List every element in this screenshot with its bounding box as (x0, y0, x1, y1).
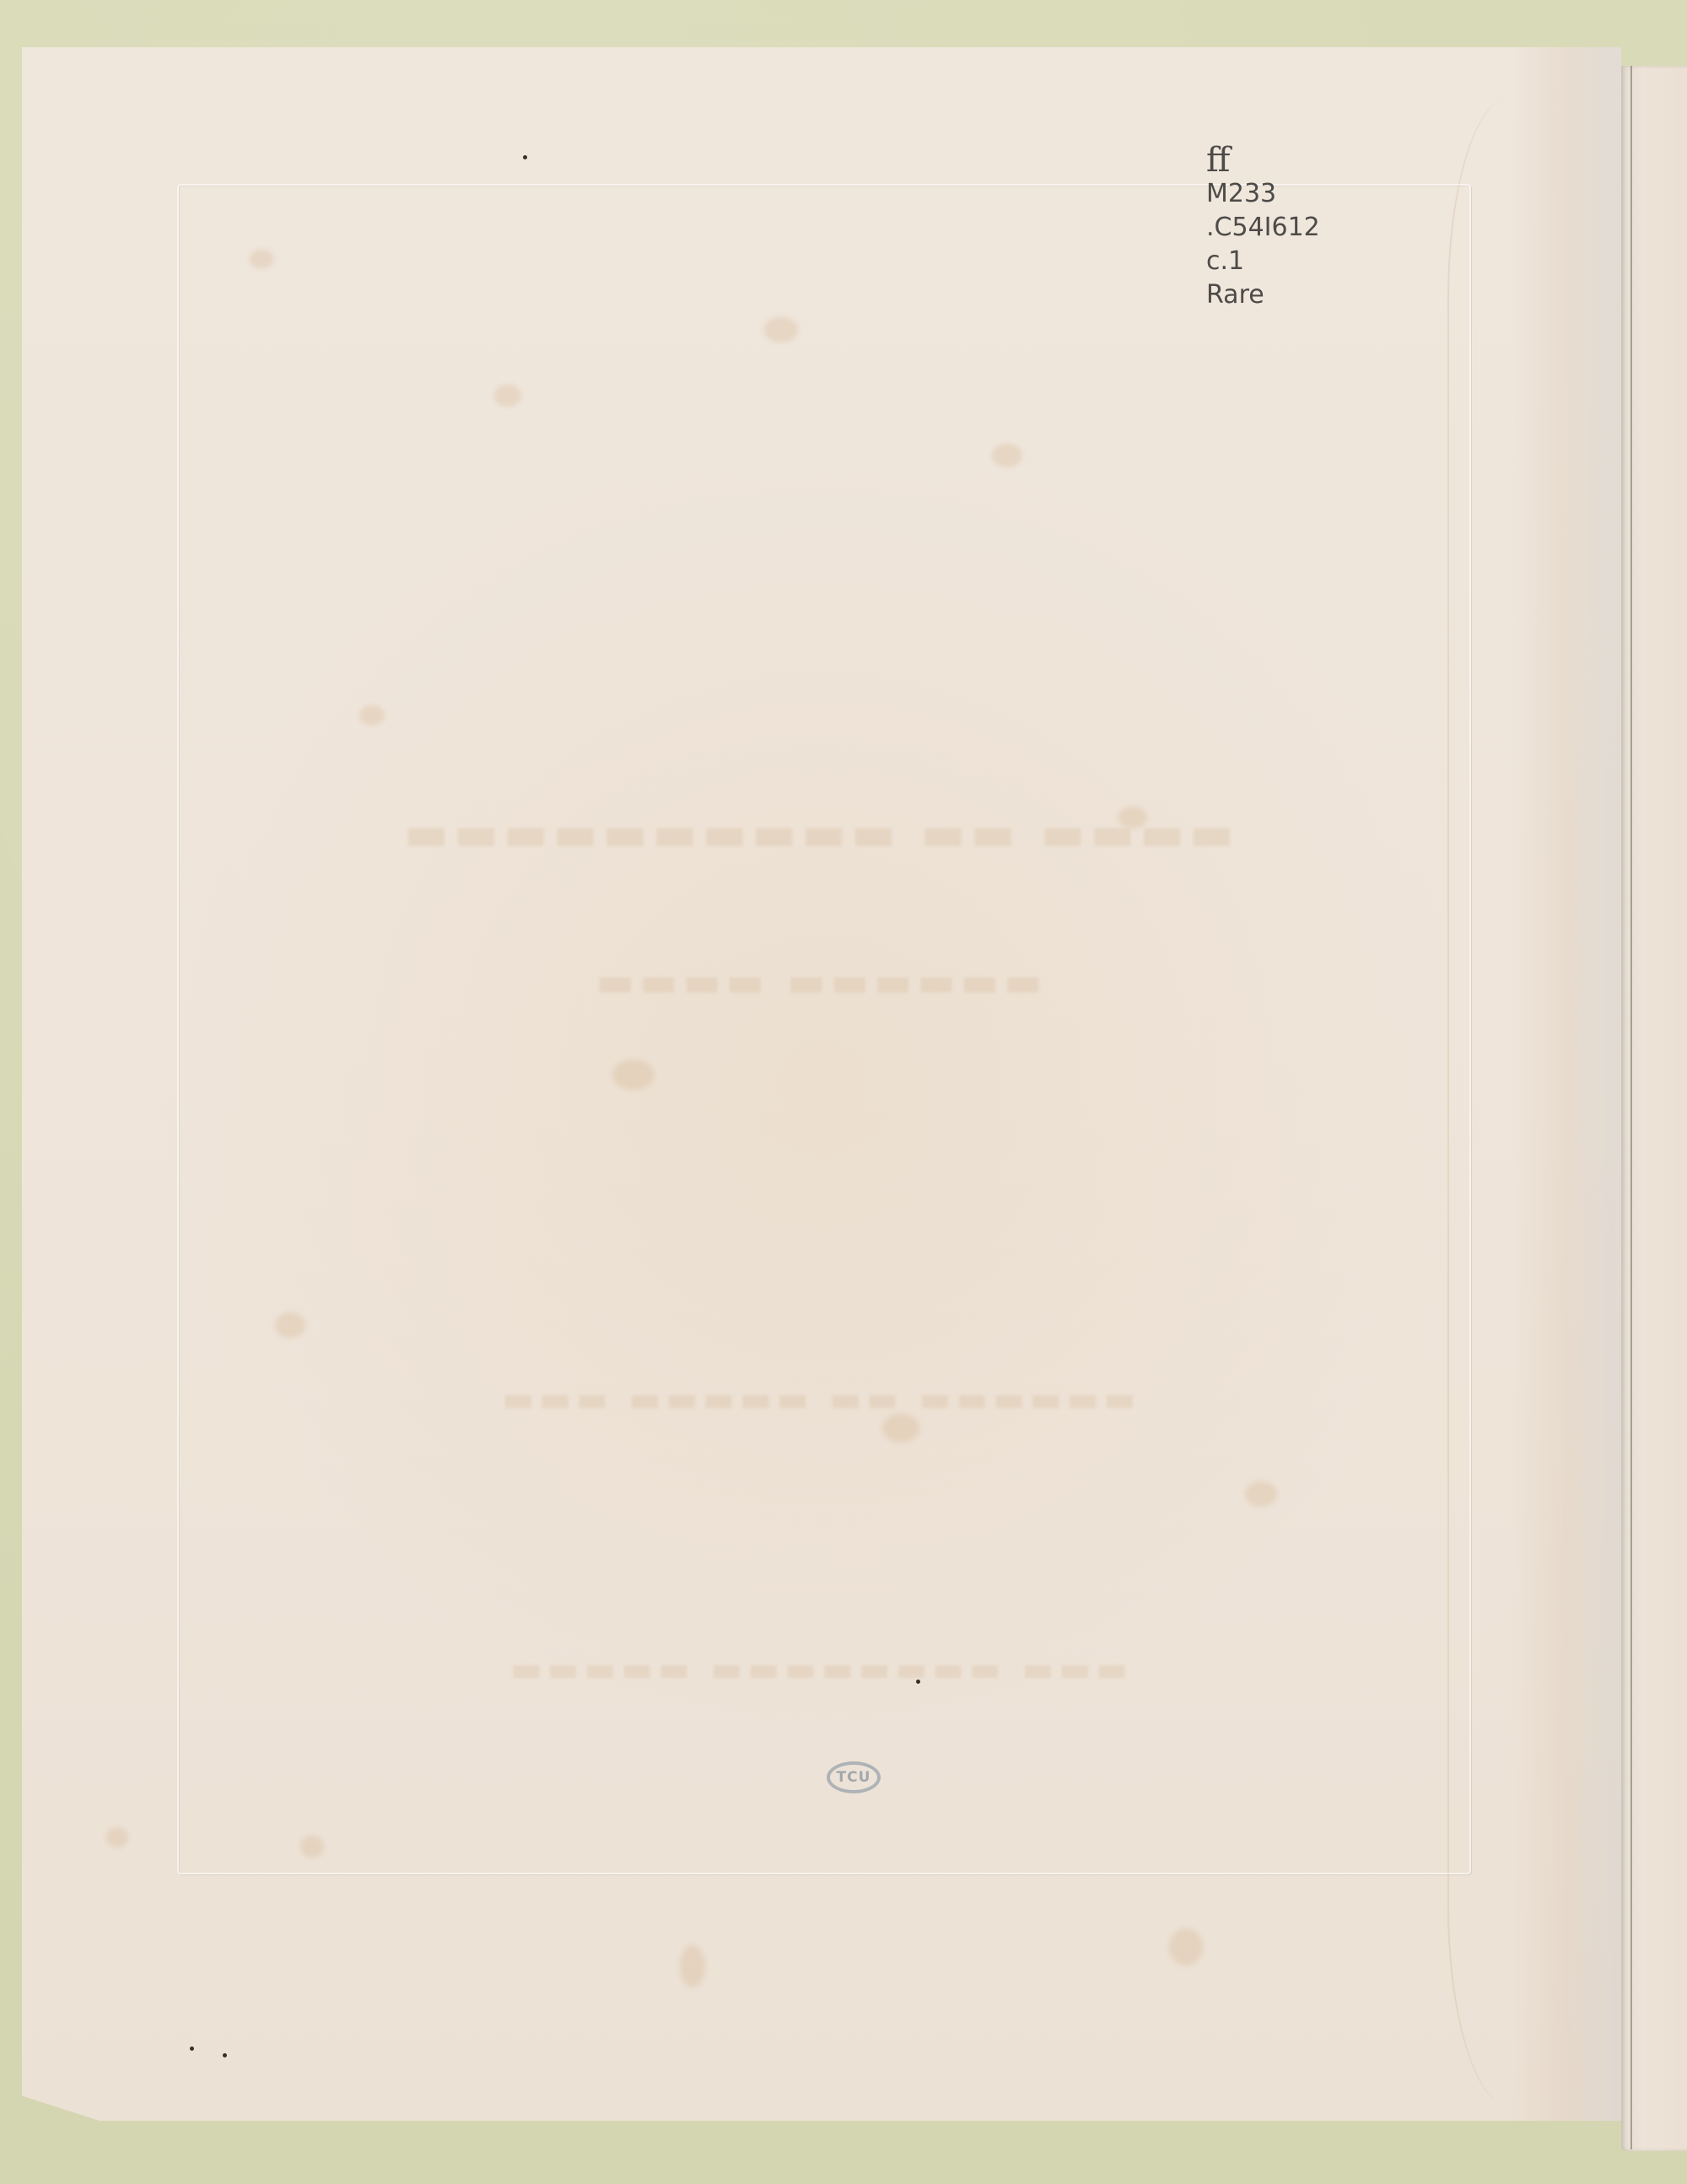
call-number-line: ff (1206, 143, 1320, 177)
foxing-spot (612, 1060, 655, 1090)
show-through-line: ▬▬▬▬▬ ▬▬▬▬▬▬▬▬ ▬▬▬ (22, 1650, 1621, 1689)
foxing-spot (250, 250, 273, 268)
binding-gutter (1630, 66, 1632, 2149)
foxing-spot (359, 705, 385, 725)
foxing-spot (764, 317, 798, 342)
call-number-annotation: ff M233 .C54I612 c.1 Rare (1206, 143, 1320, 312)
stamp-text: TCU (837, 1769, 871, 1786)
foxing-spot (300, 1836, 324, 1858)
call-number-line: Rare (1206, 278, 1320, 312)
call-number-line: .C54I612 (1206, 211, 1320, 245)
foxing-spot (1169, 1928, 1203, 1966)
foxing-spot (275, 1313, 305, 1338)
ink-speck (523, 155, 527, 159)
library-stamp: TCU (827, 1761, 881, 1793)
show-through-line: ▬▬▬▬ ▬▬▬▬▬▬ (22, 958, 1621, 1006)
foxing-spot (680, 1945, 705, 1987)
call-number-line: c.1 (1206, 245, 1320, 278)
page-leaf: ▬▬▬▬▬▬▬▬▬▬ ▬▬ ▬▬▬▬ ▬▬▬▬ ▬▬▬▬▬▬ ▬▬▬ ▬▬▬▬▬… (22, 47, 1621, 2121)
show-through-line: ▬▬▬▬▬▬▬▬▬▬ ▬▬ ▬▬▬▬ (22, 806, 1621, 861)
plate-mark (177, 184, 1471, 1874)
foxing-spot (106, 1827, 128, 1847)
foxing-spot (1245, 1481, 1277, 1507)
call-number-line: M233 (1206, 177, 1320, 211)
foxing-spot (494, 385, 521, 407)
foxing-spot (992, 444, 1022, 467)
show-through-line: ▬▬▬ ▬▬▬▬▬ ▬▬ ▬▬▬▬▬▬ (22, 1380, 1621, 1419)
ink-speck (223, 2053, 227, 2057)
ink-speck (190, 2046, 194, 2051)
